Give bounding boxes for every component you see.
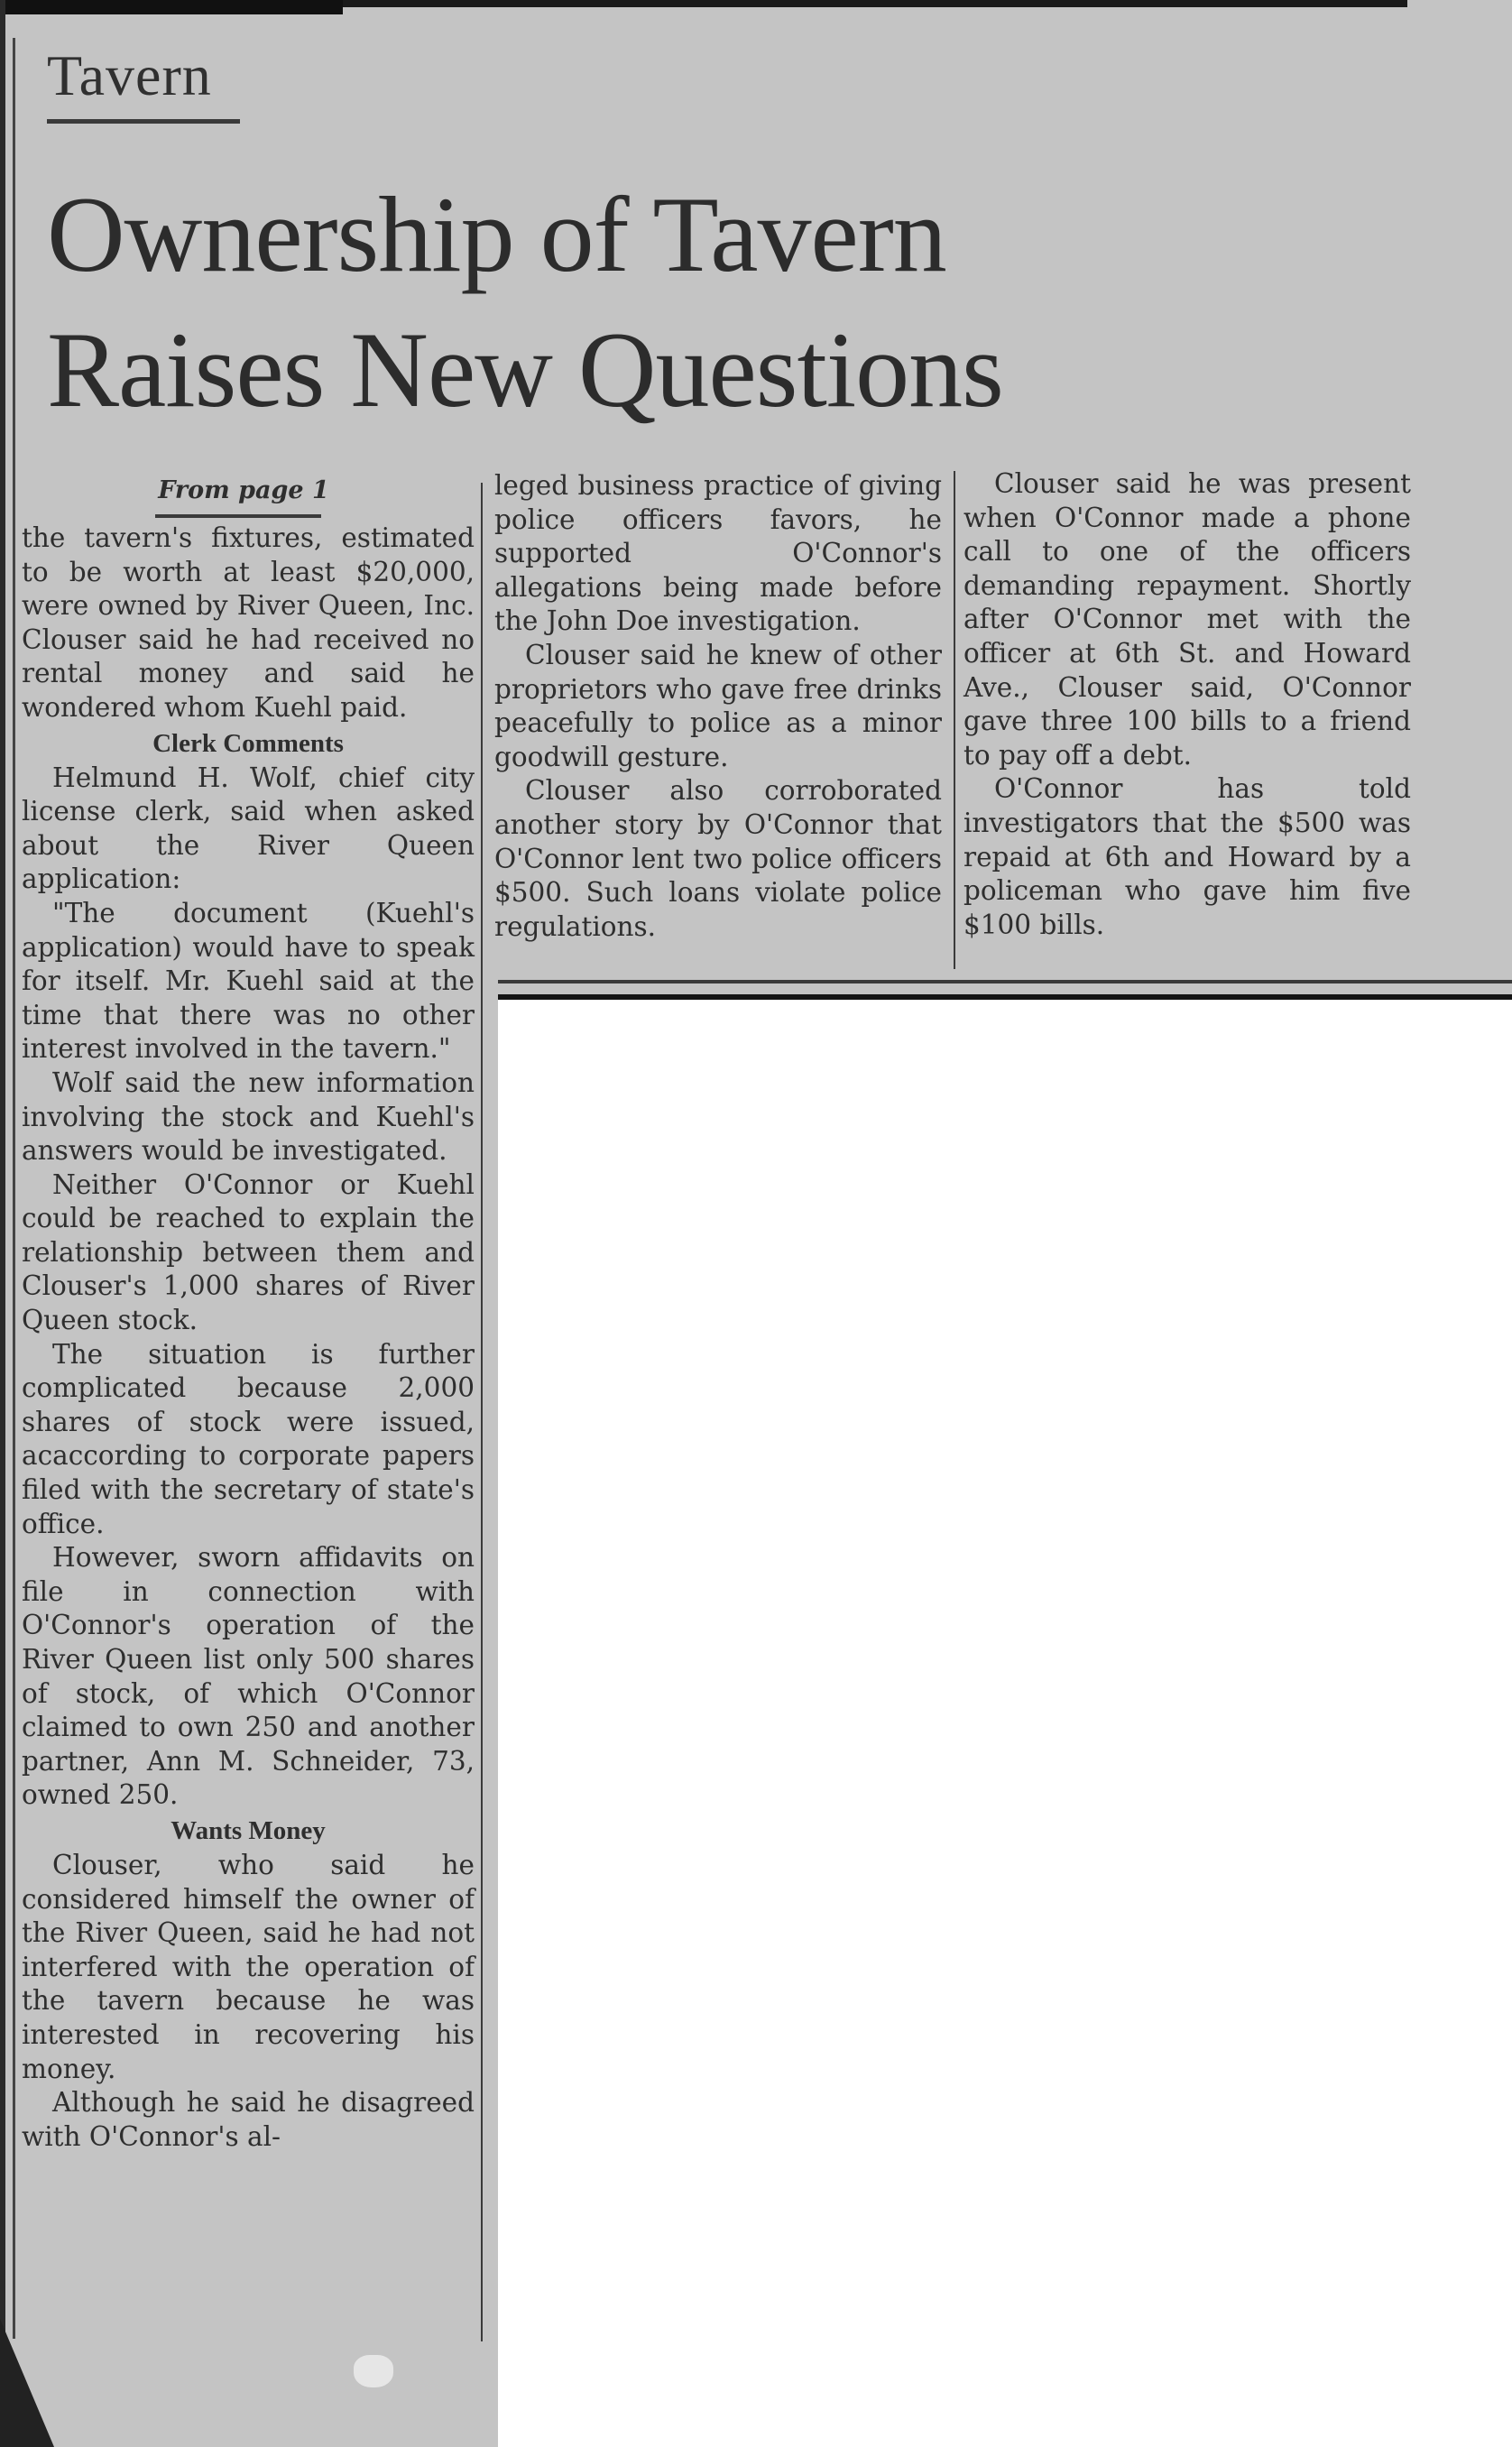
paper-tear xyxy=(354,2355,393,2387)
folded-corner xyxy=(0,2319,54,2447)
column-rule-1 xyxy=(481,483,483,2341)
article-column-1: the tavern's fixtures, estimated to be w… xyxy=(22,522,475,2154)
paragraph: the tavern's fixtures, estimated to be w… xyxy=(22,522,475,725)
clipping-cut-edge xyxy=(498,994,1512,1000)
article-end-rule xyxy=(498,980,1512,983)
paragraph: Clouser said he was present when O'Conno… xyxy=(963,467,1411,772)
article-column-2: leged business practice of giving police… xyxy=(494,469,942,944)
article-column-3: Clouser said he was present when O'Conno… xyxy=(963,467,1411,942)
jump-line-underline xyxy=(155,514,321,518)
section-kicker: Tavern xyxy=(47,47,212,105)
headline-line-1: Ownership of Tavern xyxy=(47,174,946,294)
scan-edge-top-shadow xyxy=(0,0,343,14)
column-rule-left xyxy=(13,38,15,2339)
paragraph: Helmund H. Wolf, chief city license cler… xyxy=(22,762,475,897)
paragraph: The situation is further complicated bec… xyxy=(22,1338,475,1542)
subhead-wants-money: Wants Money xyxy=(22,1813,475,1849)
paragraph: Neither O'Connor or Kuehl could be reach… xyxy=(22,1168,475,1338)
subhead-clerk-comments: Clerk Comments xyxy=(22,725,475,762)
paragraph: Clouser said he knew of other proprietor… xyxy=(494,639,942,774)
paragraph: Clouser, who said he considered himself … xyxy=(22,1849,475,2086)
paragraph: Clouser also corroborated another story … xyxy=(494,774,942,944)
column-rule-2 xyxy=(954,471,955,969)
scan-edge-left xyxy=(0,0,5,2447)
kicker-underline xyxy=(47,119,240,124)
paragraph: O'Connor has told investigators that the… xyxy=(963,772,1411,942)
paragraph-quote: "The document (Kuehl's application) woul… xyxy=(22,897,475,1067)
paragraph: However, sworn affidavits on file in con… xyxy=(22,1541,475,1813)
paragraph: leged business practice of giving police… xyxy=(494,469,942,639)
headline: Ownership of Tavern Raises New Questions xyxy=(47,167,1310,438)
paragraph: Wolf said the new information involving … xyxy=(22,1067,475,1168)
headline-line-2: Raises New Questions xyxy=(47,309,1003,429)
paragraph: Although he said he disagreed with O'Con… xyxy=(22,2086,475,2154)
jump-line: From page 1 xyxy=(153,476,334,504)
